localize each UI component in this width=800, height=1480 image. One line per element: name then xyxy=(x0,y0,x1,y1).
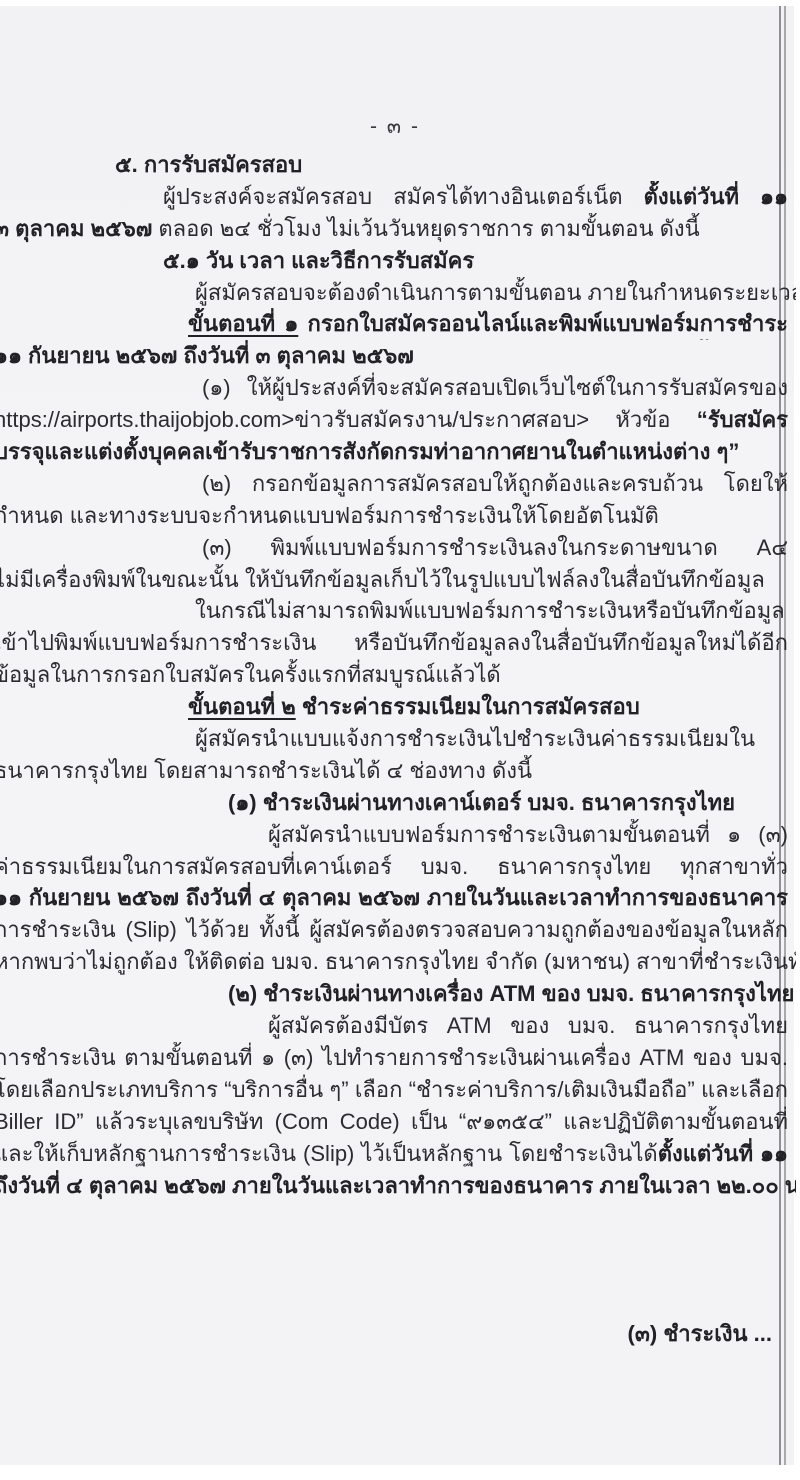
text-line: โดยเลือกประเภทบริการ “บริการอื่น ๆ” เลือ… xyxy=(0,1074,788,1106)
text-line: ข้อมูลในการกรอกใบสมัครในครั้งแรกที่สมบูร… xyxy=(0,659,796,691)
text-segment-bold: ขั้นตอนที่ ๒ xyxy=(188,694,296,719)
text-segment: ผู้สมัครต้องมีบัตร ATM ของ บมจ. ธนาคารกร… xyxy=(268,1013,788,1042)
text-line: การชำระเงิน (Slip) ไว้ด้วย ทั้งนี้ ผู้สม… xyxy=(0,914,788,946)
text-line: ๑๑ กันยายน ๒๕๖๗ ถึงวันที่ ๓ ตุลาคม ๒๕๖๗ xyxy=(0,340,796,372)
text-line: ไม่มีเครื่องพิมพ์ในขณะนั้น ให้บันทึกข้อม… xyxy=(0,564,796,596)
text-segment-bold: ๓ ตุลาคม ๒๕๖๗ xyxy=(0,216,152,241)
text-line: ๓ ตุลาคม ๒๕๖๗ ตลอด ๒๔ ชั่วโมง ไม่เว้นวัน… xyxy=(0,213,796,245)
text-segment: (๒) กรอกข้อมูลการสมัครสอบให้ถูกต้องและคร… xyxy=(202,471,788,500)
text-segment-bold: ๑๑ กันยายน ๒๕๖๗ ถึงวันที่ ๔ ตุลาคม ๒๕๖๗ … xyxy=(0,885,788,910)
text-segment-bold: (๒) ชำระเงินผ่านทางเครื่อง ATM ของ บมจ. … xyxy=(228,981,794,1006)
text-segment-bold: ชำระค่าธรรมเนียมในการสมัครสอบ xyxy=(296,694,640,719)
text-segment: ผู้สมัครนำแบบแจ้งการชำระเงินไปชำระเงินค่… xyxy=(195,726,788,755)
text-line: บรรจุและแต่งตั้งบุคคลเข้ารับราชการสังกัด… xyxy=(0,436,796,468)
text-segment: ค่าธรรมเนียมในการสมัครสอบที่เคาน์เตอร์ บ… xyxy=(0,854,788,883)
text-line: และให้เก็บหลักฐานการชำระเงิน (Slip) ไว้เ… xyxy=(0,1138,788,1170)
text-line: Biller ID” แล้วระบุเลขบริษัท (Com Code) … xyxy=(0,1106,788,1138)
text-segment-bold: ๕.๑ วัน เวลา และวิธีการรับสมัคร xyxy=(163,248,474,273)
text-segment: https://airports.thaijobjob.com>ข่าวรับส… xyxy=(0,407,697,432)
text-line: ผู้สมัครต้องมีบัตร ATM ของ บมจ. ธนาคารกร… xyxy=(268,1010,788,1042)
text-segment: ข้อมูลในการกรอกใบสมัครในครั้งแรกที่สมบูร… xyxy=(0,662,501,687)
text-line: กำหนด และทางระบบจะกำหนดแบบฟอร์มการชำระเง… xyxy=(0,500,796,532)
text-line: ธนาคารกรุงไทย โดยสามารถชำระเงินได้ ๔ ช่อ… xyxy=(0,755,796,787)
text-segment: กำหนด และทางระบบจะกำหนดแบบฟอร์มการชำระเง… xyxy=(0,503,659,528)
text-segment-bold: ๕. การรับสมัครสอบ xyxy=(115,152,302,177)
text-segment: ผู้สมัครสอบจะต้องดำเนินการตามขั้นตอน ภาย… xyxy=(195,280,796,305)
text-line: ผู้ประสงค์จะสมัครสอบ สมัครได้ทางอินเตอร์… xyxy=(163,181,788,213)
text-line: ผู้สมัครนำแบบแจ้งการชำระเงินไปชำระเงินค่… xyxy=(195,723,788,755)
text-segment: โดยเลือกประเภทบริการ “บริการอื่น ๆ” เลือ… xyxy=(0,1077,788,1106)
text-line: https://airports.thaijobjob.com>ข่าวรับส… xyxy=(0,404,788,436)
text-line: ในกรณีไม่สามารถพิมพ์แบบฟอร์มการชำระเงินห… xyxy=(195,595,788,627)
text-line: ๑๑ กันยายน ๒๕๖๗ ถึงวันที่ ๔ ตุลาคม ๒๕๖๗ … xyxy=(0,882,788,914)
text-segment: ผู้ประสงค์จะสมัครสอบ สมัครได้ทางอินเตอร์… xyxy=(163,184,644,209)
text-segment: ธนาคารกรุงไทย โดยสามารถชำระเงินได้ ๔ ช่อ… xyxy=(0,758,532,783)
text-segment: (๑) ให้ผู้ประสงค์ที่จะสมัครสอบเปิดเว็บไซ… xyxy=(202,375,788,404)
text-segment: ในกรณีไม่สามารถพิมพ์แบบฟอร์มการชำระเงินห… xyxy=(195,598,788,627)
text-segment-bold: ขั้นตอนที่ ๑ xyxy=(188,311,298,336)
text-line: (๒) ชำระเงินผ่านทางเครื่อง ATM ของ บมจ. … xyxy=(228,978,796,1010)
text-segment: ผู้สมัครนำแบบฟอร์มการชำระเงินตามขั้นตอนท… xyxy=(268,822,788,851)
text-segment: การชำระเงิน ตามขั้นตอนที่ ๑ (๓) ไปทำรายก… xyxy=(0,1045,788,1074)
text-segment: ไม่มีเครื่องพิมพ์ในขณะนั้น ให้บันทึกข้อม… xyxy=(0,567,765,592)
text-line: (๒) กรอกข้อมูลการสมัครสอบให้ถูกต้องและคร… xyxy=(202,468,788,500)
text-line: ๕.๑ วัน เวลา และวิธีการรับสมัคร xyxy=(163,245,796,277)
text-line: ขั้นตอนที่ ๑ กรอกใบสมัครออนไลน์และพิมพ์แ… xyxy=(188,308,788,340)
text-line: (๓) พิมพ์แบบฟอร์มการชำระเงินลงในกระดาษขน… xyxy=(202,532,788,564)
text-line: เข้าไปพิมพ์แบบฟอร์มการชำระเงิน หรือบันทึ… xyxy=(0,627,788,659)
text-line: ผู้สมัครนำแบบฟอร์มการชำระเงินตามขั้นตอนท… xyxy=(268,819,788,851)
text-segment: และให้เก็บหลักฐานการชำระเงิน (Slip) ไว้เ… xyxy=(0,1141,658,1166)
text-segment: Biller ID” แล้วระบุเลขบริษัท (Com Code) … xyxy=(0,1109,788,1138)
text-segment-bold: บรรจุและแต่งตั้งบุคคลเข้ารับราชการสังกัด… xyxy=(0,439,739,464)
text-segment-bold: ถึงวันที่ ๔ ตุลาคม ๒๕๖๗ ภายในวันและเวลาท… xyxy=(0,1173,796,1198)
scanned-document-page: - ๓ - ๕. การรับสมัครสอบผู้ประสงค์จะสมัคร… xyxy=(0,0,800,1480)
text-segment: เข้าไปพิมพ์แบบฟอร์มการชำระเงิน หรือบันทึ… xyxy=(0,630,788,659)
text-line: ถึงวันที่ ๔ ตุลาคม ๒๕๖๗ ภายในวันและเวลาท… xyxy=(0,1170,796,1202)
text-line: (๑) ชำระเงินผ่านทางเคาน์เตอร์ บมจ. ธนาคา… xyxy=(228,787,796,819)
text-line: การชำระเงิน ตามขั้นตอนที่ ๑ (๓) ไปทำรายก… xyxy=(0,1042,788,1074)
text-line: ผู้สมัครสอบจะต้องดำเนินการตามขั้นตอน ภาย… xyxy=(195,277,796,309)
text-line: ๕. การรับสมัครสอบ xyxy=(115,149,796,181)
text-segment-bold: (๑) ชำระเงินผ่านทางเคาน์เตอร์ บมจ. ธนาคา… xyxy=(228,790,735,815)
text-line: หากพบว่าไม่ถูกต้อง ให้ติดต่อ บมจ. ธนาคาร… xyxy=(0,946,796,978)
text-segment: หากพบว่าไม่ถูกต้อง ให้ติดต่อ บมจ. ธนาคาร… xyxy=(0,949,796,974)
text-line: ขั้นตอนที่ ๒ ชำระค่าธรรมเนียมในการสมัครส… xyxy=(188,691,796,723)
text-line: (๑) ให้ผู้ประสงค์ที่จะสมัครสอบเปิดเว็บไซ… xyxy=(202,372,788,404)
document-lines: ๕. การรับสมัครสอบผู้ประสงค์จะสมัครสอบ สม… xyxy=(0,149,796,1201)
text-segment: (๓) พิมพ์แบบฟอร์มการชำระเงินลงในกระดาษขน… xyxy=(202,535,788,564)
page-number: - ๓ - xyxy=(0,110,790,143)
text-segment: ตลอด ๒๔ ชั่วโมง ไม่เว้นวันหยุดราชการ ตาม… xyxy=(152,216,699,241)
text-segment: การชำระเงิน (Slip) ไว้ด้วย ทั้งนี้ ผู้สม… xyxy=(0,917,788,946)
text-line: ค่าธรรมเนียมในการสมัครสอบที่เคาน์เตอร์ บ… xyxy=(0,851,788,883)
catchword: (๓) ชำระเงิน ... xyxy=(628,1318,772,1350)
text-segment-bold: ๑๑ กันยายน ๒๕๖๗ ถึงวันที่ ๓ ตุลาคม ๒๕๖๗ xyxy=(0,343,414,368)
